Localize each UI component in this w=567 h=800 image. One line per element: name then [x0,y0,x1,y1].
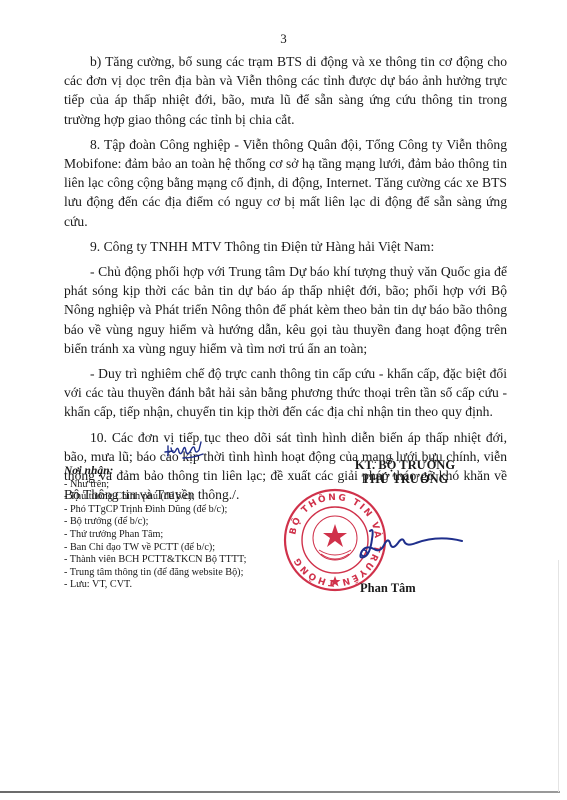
recipient-item: Trung tâm thông tin (để đăng website Bộ)… [64,567,284,580]
paragraph-8: 8. Tập đoàn Công nghiệp - Viễn thông Quâ… [64,135,507,231]
recipient-item: Phó TTgCP Trịnh Đình Dũng (để b/c); [64,504,284,517]
paragraph-9-item-1: - Chủ động phối hợp với Trung tâm Dự báo… [64,262,507,358]
paragraph-b: b) Tăng cường, bổ sung các trạm BTS di đ… [64,52,507,129]
recipient-item: Ban Chỉ đạo TW về PCTT (để b/c); [64,542,284,555]
recipients-list: Nơi nhận: Như trên; Thủ tướng Chính phủ … [64,465,284,592]
recipient-item: Lưu: VT, CVT. [64,579,284,592]
handwritten-signature-icon [358,525,468,570]
signature-title-line1: KT. BỘ TRƯỞNG [310,458,500,472]
paragraph-9-item-2: - Duy trì nghiêm chế độ trực canh thông … [64,364,507,422]
recipient-item: Thủ tướng Chính phủ (để b/c); [64,491,284,504]
recipient-item: Thành viên BCH PCTT&TKCN Bộ TTTT; [64,554,284,567]
recipient-item: Như trên; [64,479,284,492]
recipients-title: Nơi nhận: [64,465,284,478]
handwritten-initials-icon [161,438,211,467]
signature-title-line2: THỨ TRƯỞNG [310,472,500,486]
document-body: b) Tăng cường, bổ sung các trạm BTS di đ… [64,52,507,510]
signature-title: KT. BỘ TRƯỞNG THỨ TRƯỞNG [310,458,500,486]
recipient-item: Bộ trưởng (để b/c); [64,516,284,529]
scan-bottom-edge [0,791,560,793]
scan-right-edge [558,560,559,792]
signer-name: Phan Tâm [360,581,450,596]
page-number: 3 [0,31,567,47]
recipient-item: Thứ trưởng Phan Tâm; [64,529,284,542]
paragraph-9: 9. Công ty TNHH MTV Thông tin Điện tử Hà… [64,237,507,256]
